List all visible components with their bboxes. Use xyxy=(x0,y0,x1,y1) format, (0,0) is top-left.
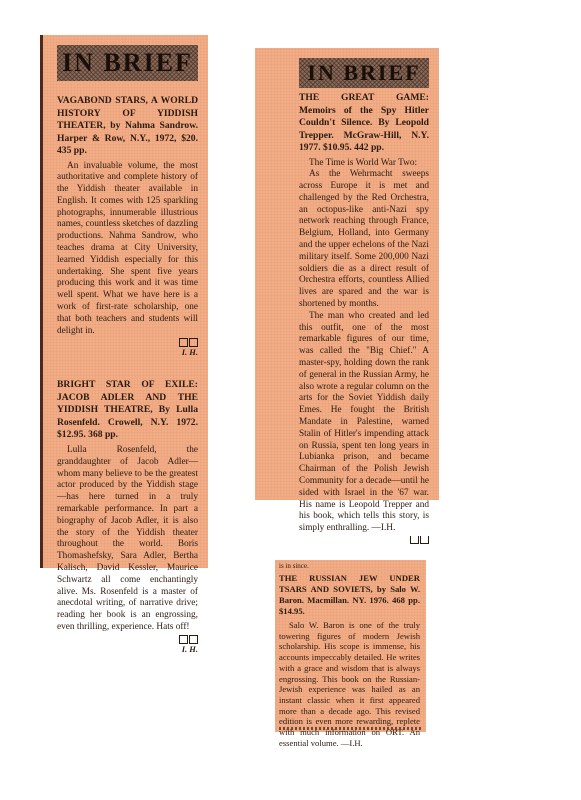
in-brief-banner: IN BRIEF xyxy=(57,45,198,81)
scrap-text: is in since. xyxy=(279,562,420,570)
review-paragraph: The man who created and led this outfit,… xyxy=(299,311,429,535)
review-body: Lulla Rosenfeld, the granddaughter of Ja… xyxy=(57,445,198,634)
end-mark-icon xyxy=(299,536,429,544)
review-headline: BRIGHT STAR OF EXILE: JACOB ADLER AND TH… xyxy=(57,379,198,442)
clipping-in-brief-1: IN BRIEF VAGABOND STARS, A WORLD HISTORY… xyxy=(40,35,208,568)
review-headline: THE GREAT GAME: Memoirs of the Spy Hitle… xyxy=(299,92,429,155)
end-mark-icon xyxy=(57,635,198,644)
review-signature: I. H. xyxy=(57,644,198,654)
perforated-edge xyxy=(279,727,422,730)
review-paragraph: As the Wehrmacht sweeps across Europe it… xyxy=(299,169,429,311)
review-headline: THE RUSSIAN JEW UNDER TSARS AND SOVIETS,… xyxy=(279,573,420,617)
in-brief-banner: IN BRIEF xyxy=(299,58,429,88)
end-mark-icon xyxy=(57,338,198,347)
review-paragraph: The Time is World War Two: xyxy=(299,158,429,170)
clipping-in-brief-2: IN BRIEF THE GREAT GAME: Memoirs of the … xyxy=(255,48,439,500)
clipping-russian-jew: is in since. THE RUSSIAN JEW UNDER TSARS… xyxy=(275,560,426,732)
review-signature: I. H. xyxy=(57,347,198,357)
review-headline: VAGABOND STARS, A WORLD HISTORY OF YIDDI… xyxy=(57,95,198,158)
review-body: An invaluable volume, the most authorita… xyxy=(57,161,198,338)
